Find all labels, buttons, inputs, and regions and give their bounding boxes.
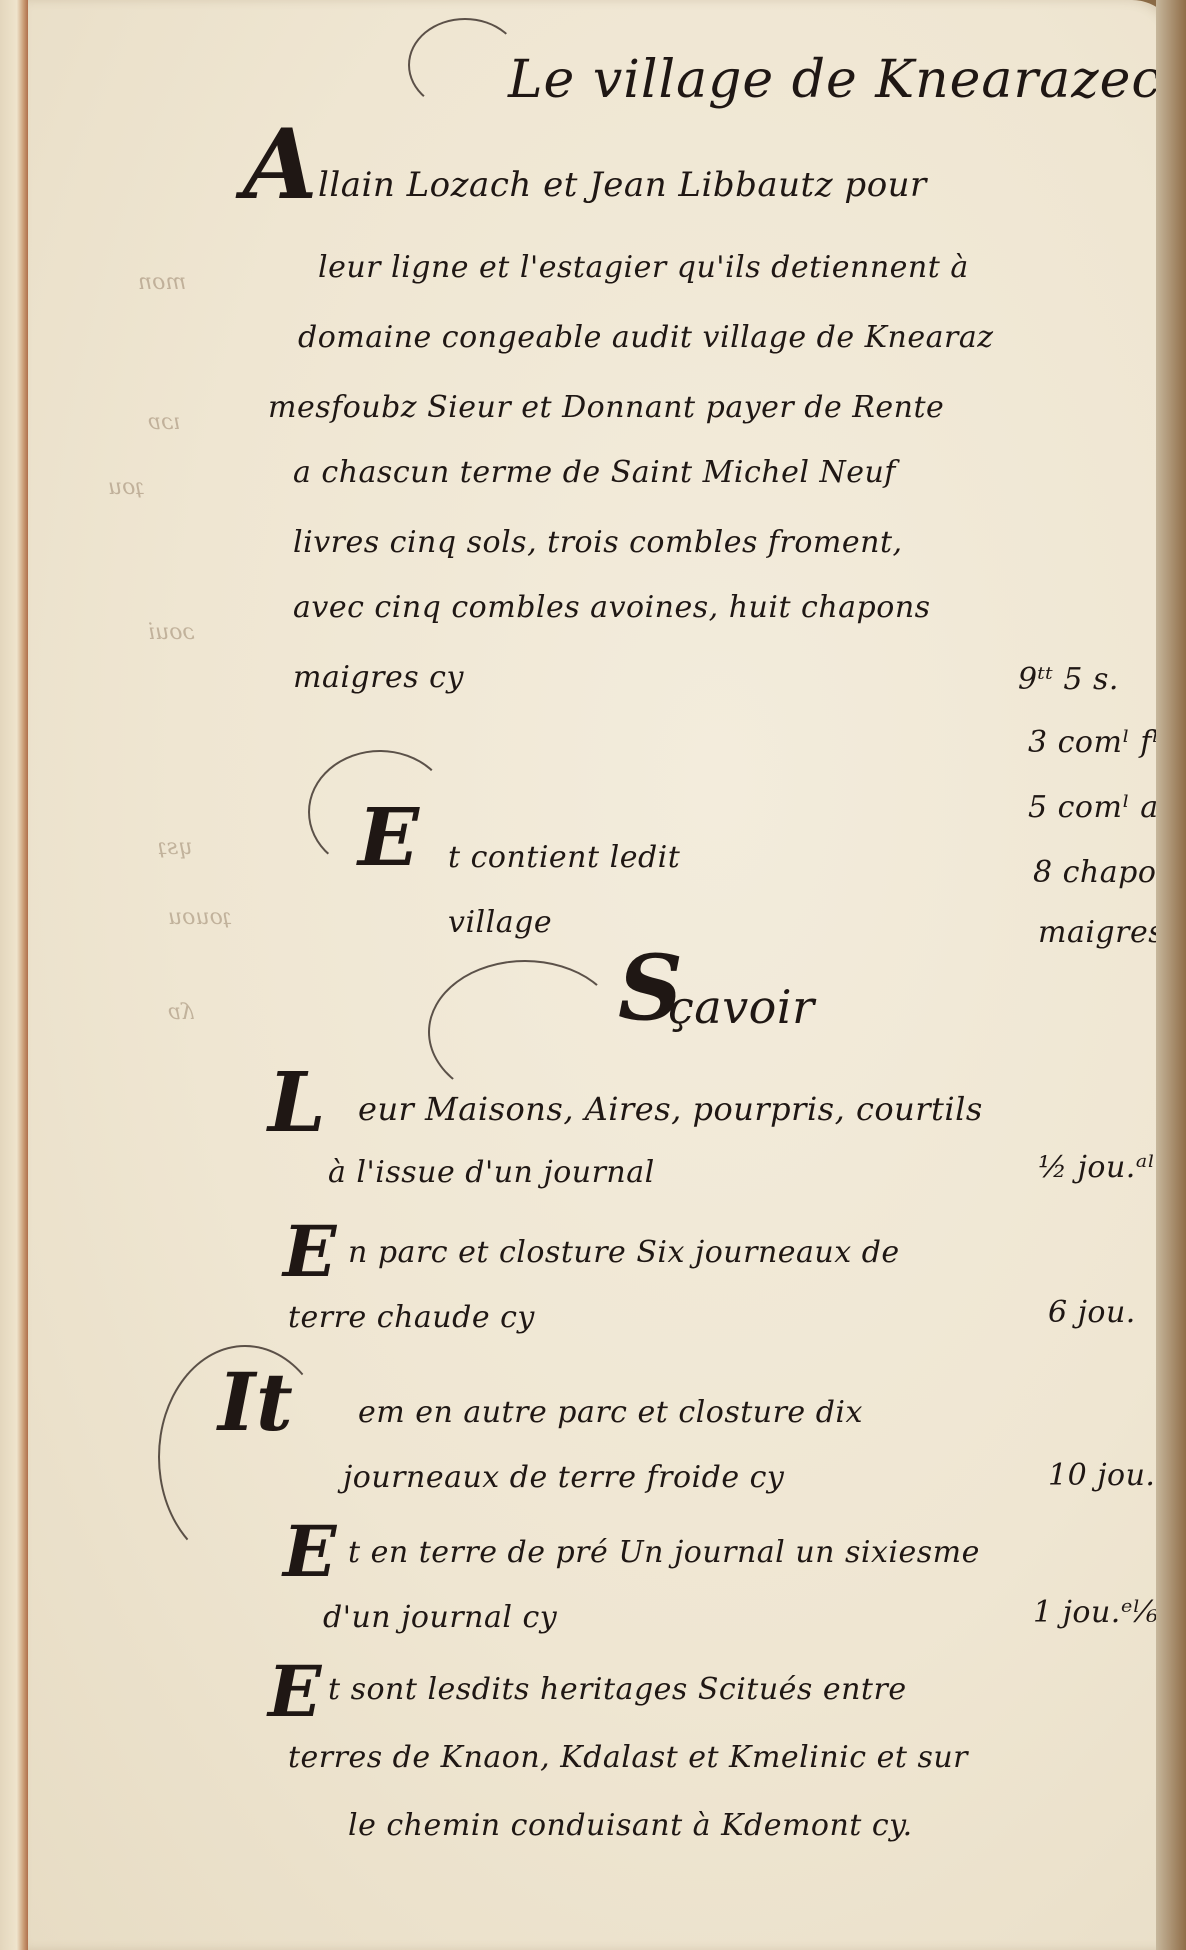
entry-3-line: eur Maisons, Aires, pourpris, courtils — [358, 1090, 983, 1128]
page-edge-shadow — [1156, 0, 1186, 1950]
entry-4-line: n parc et closture Six journeaux de — [348, 1235, 900, 1270]
entry-6-line: d'un journal cy — [323, 1600, 557, 1635]
entry-2-line: village — [448, 905, 552, 940]
page-title: Le village de Knearazec — [508, 50, 1162, 110]
bleed-through-text: ʇouou — [168, 905, 232, 930]
entry-1-line: maigres cy — [293, 660, 464, 695]
entry-7-initial: E — [268, 1650, 322, 1733]
bleed-through-text: ɔoui — [148, 620, 195, 645]
initial-s-flourish — [428, 960, 622, 1104]
entry-1-line: llain Lozach et Jean Libbautz pour — [318, 165, 927, 205]
entry-1-line: mesfoubz Sieur et Donnant payer de Rente — [268, 390, 944, 425]
entry-7-line: le chemin conduisant à Kdemont cy. — [348, 1808, 913, 1843]
entry-1-line: leur ligne et l'estagier qu'ils detienne… — [318, 250, 969, 285]
entry-5-measure: 10 jou. — [1048, 1458, 1155, 1493]
bleed-through-text: ʎɐ — [168, 1000, 194, 1025]
margin-total-money: 9ᵗᵗ 5 s. — [1018, 662, 1119, 697]
entry-5-initial: It — [218, 1355, 293, 1449]
entry-1-line: a chascun terme de Saint Michel Neuf — [293, 455, 896, 490]
entry-7-line: terres de Knaon, Kdalast et Kmelinic et … — [288, 1740, 968, 1775]
entry-1-line: avec cinq combles avoines, huit chapons — [293, 590, 931, 625]
entry-2-line: t contient ledit — [448, 840, 680, 875]
margin-total-maigres: maigres — [1038, 915, 1164, 950]
entry-3-initial: L — [268, 1055, 326, 1151]
bleed-through-text: ɥsʇ — [158, 835, 192, 860]
entry-6-line: t en terre de pré Un journal un sixiesme — [348, 1535, 980, 1570]
book-binding-edge — [0, 0, 28, 1950]
bleed-through-text: ʇou — [108, 475, 144, 500]
margin-total-froment: 3 comˡ fˡ — [1028, 725, 1160, 760]
entry-1-line: livres cinq sols, trois combles froment, — [293, 525, 903, 560]
bleed-through-text: ıɔɐ — [148, 410, 180, 435]
entry-4-measure: 6 jou. — [1048, 1295, 1136, 1330]
entry-7-line: t sont lesdits heritages Scitués entre — [328, 1672, 907, 1707]
entry-2-initial: E — [358, 790, 419, 884]
bleed-through-text: mon — [138, 270, 186, 295]
entry-4-line: terre chaude cy — [288, 1300, 535, 1335]
entry-1-line: domaine congeable audit village de Knear… — [298, 320, 994, 355]
title-flourish — [408, 18, 522, 112]
manuscript-page: mon ıɔɐ ʇou ɔoui ɥsʇ ʇouou ʎɐ Le village… — [28, 0, 1178, 1950]
entry-5-line: journeaux de terre froide cy — [343, 1460, 784, 1495]
scavoir-heading: çavoir — [668, 980, 815, 1034]
entry-3-line: à l'issue d'un journal — [328, 1155, 655, 1190]
entry-6-measure: 1 jou.ᵉˡ⁄₆ — [1033, 1595, 1159, 1630]
entry-4-initial: E — [283, 1210, 337, 1293]
entry-3-measure: ½ jou.ᵃˡ — [1038, 1150, 1155, 1185]
entry-6-initial: E — [283, 1510, 337, 1593]
entry-1-initial: A — [243, 108, 318, 221]
entry-5-line: em en autre parc et closture dix — [358, 1395, 863, 1430]
